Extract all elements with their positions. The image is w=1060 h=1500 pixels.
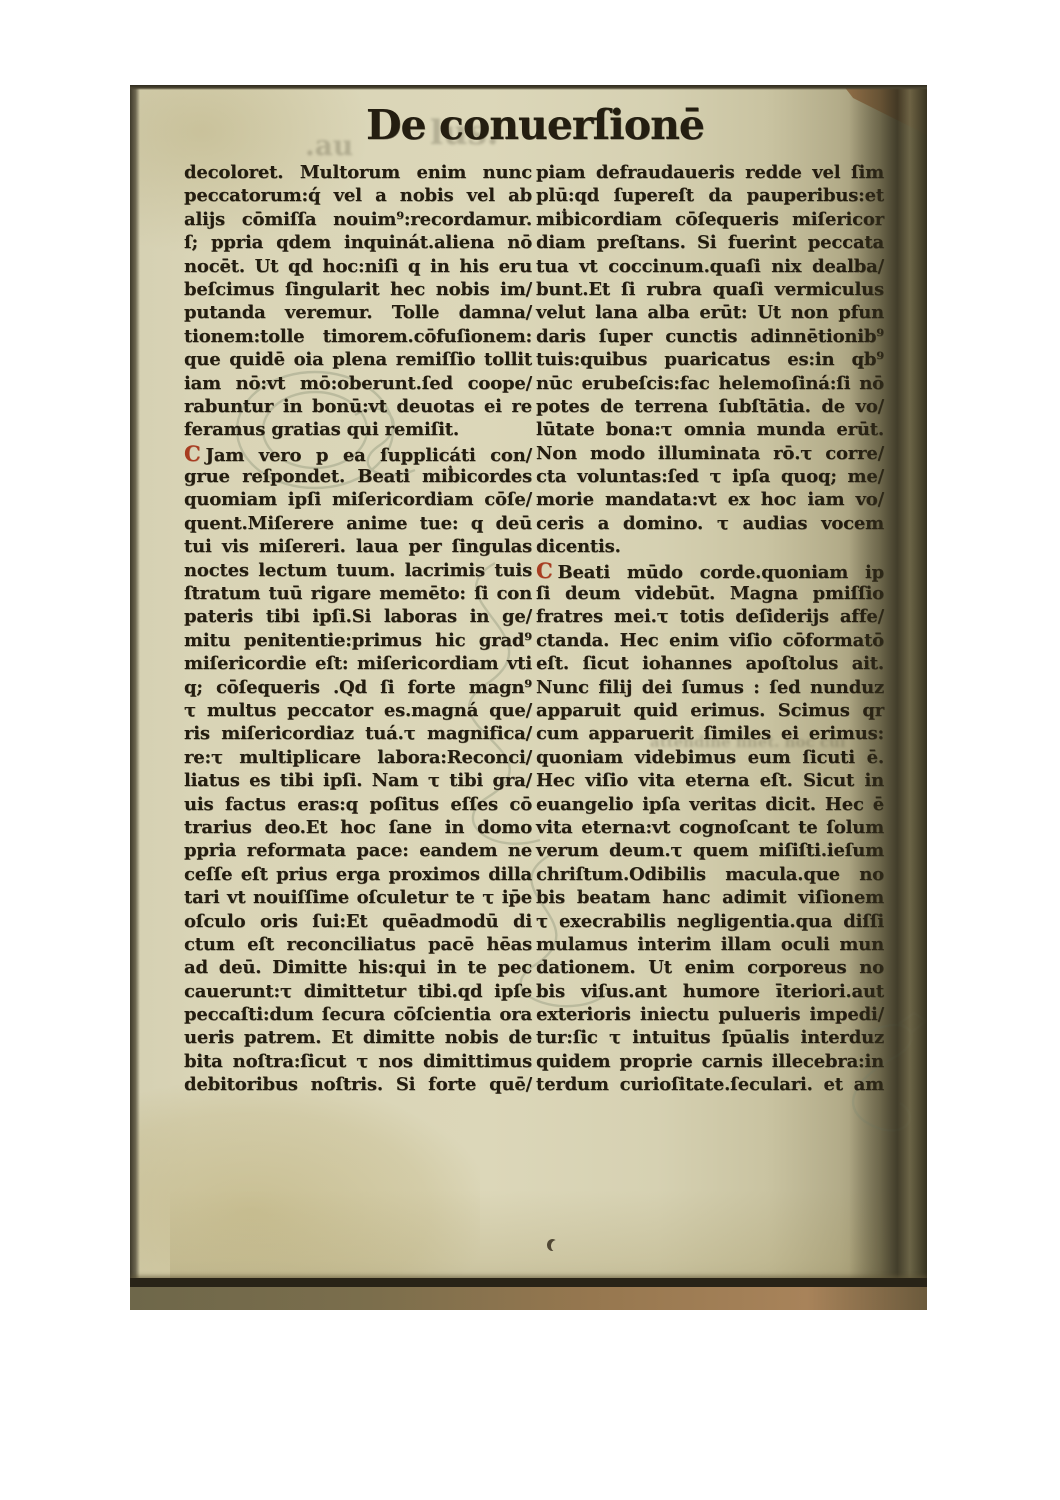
text-line: peccatorum:q́ vel a nobis vel ab (184, 184, 532, 207)
text-column-left: decoloret. Multorum enim nuncpeccatorum:… (184, 161, 532, 1097)
ink-spot (547, 1239, 558, 1251)
text-line: terdum curioſitate.ſeculari. et am (536, 1073, 884, 1096)
text-line: Nunc filij dei ſumus : ſed nunduz (536, 676, 884, 699)
text-line: nocēt. Ut qd hoc:niſi q in his eru (184, 255, 532, 278)
text-line: feramus gratias qui remiſit. (184, 418, 532, 441)
text-line: tua vt coccinum.quaſi nix dealba/ (536, 255, 884, 278)
text-line: tionem:tolle timorem.cōfuſionem: (184, 325, 532, 348)
text-line: ſtratum tuū rigare memēto: ſi con (184, 582, 532, 605)
text-line: apparuit quid erimus. Scimus qr (536, 699, 884, 722)
text-line: ceſſe eſt prius erga proximos dilla (184, 863, 532, 886)
paper-stain (130, 1085, 480, 1310)
text-line: CJam vero p ea ſupplicáti con/ (184, 442, 532, 465)
text-line: vita eterna:vt cognoſcant te ſolum (536, 816, 884, 839)
page-top-edge (130, 85, 927, 90)
text-line: bis viſus.ant humore īteriori.aut (536, 980, 884, 1003)
page-title: De conuerſionē (185, 101, 885, 149)
text-line: cum apparuerit ſimiles ei erimus: (536, 722, 884, 745)
text-line: debitoribus noſtris. Si forte quē/ (184, 1073, 532, 1096)
text-line: diam preſtans. Si fuerint peccata (536, 231, 884, 254)
text-line: nūc erubeſcis:fac helemoſiná:ſi nō (536, 372, 884, 395)
text-line: beſcimus ſingularit hec nobis im/ (184, 278, 532, 301)
text-line: miſericordie eſt: miſericordiam vti (184, 652, 532, 675)
text-line: τ execrabilis negligentia.qua diſſi (536, 910, 884, 933)
text-line: ſ; ppria qdem inquinát.aliena nō (184, 231, 532, 254)
text-line: putanda veremur. Tolle damna/ (184, 301, 532, 324)
text-line: verum deum.τ quem miſiſti.ieſum (536, 839, 884, 862)
text-line: peccaſti:dum ſecura cōſcientia ora (184, 1003, 532, 1026)
text-line: ctum eſt reconciliatus pacē hēas (184, 933, 532, 956)
scanned-document-page: lus..auattendine finet. hoc cui De conue… (0, 0, 1060, 1500)
text-line: iam nō:vt mō:oberunt.ſed coope/ (184, 372, 532, 395)
rubricated-pilcrow: C (184, 441, 201, 466)
text-line: uis factus eras:q poſitus eſſes cō (184, 793, 532, 816)
text-line: trarius deo.Et hoc ſane in domo (184, 816, 532, 839)
text-line: ueris patrem. Et dimitte nobis de (184, 1026, 532, 1049)
text-line: quidem proprie carnis illecebra:in (536, 1050, 884, 1073)
text-line: noctes lectum tuum. lacrimis tuis (184, 559, 532, 582)
text-line: cauerunt:τ dimittetur tibi.qd ipſe (184, 980, 532, 1003)
paper-stain (170, 1190, 890, 1290)
text-line: bis beatam hanc adimit viſionem (536, 886, 884, 909)
text-line: liatus es tibi ipſi. Nam τ tibi gra/ (184, 769, 532, 792)
text-line: rabuntur in bonū:vt deuotas ei re (184, 395, 532, 418)
book-page-photo: lus..auattendine finet. hoc cui De conue… (130, 85, 927, 1310)
text-line: dicentis. (536, 535, 884, 558)
text-line: grue reſpondet. Beati miḃicordes (184, 465, 532, 488)
text-line: ris miſericordiaz tuá.τ magnifica/ (184, 722, 532, 745)
text-column-right: piam defraudaueris redde vel ſimplū:qd ſ… (536, 161, 884, 1097)
text-line: ſi deum videbūt. Magna pmiſſio (536, 582, 884, 605)
text-line: daris ſuper cunctis adinnētionib⁹ (536, 325, 884, 348)
text-line: tuis:quibus puaricatus es:in qb⁹ (536, 348, 884, 371)
text-line: oſculo oris ſui:Et quēadmodū di (184, 910, 532, 933)
book-fore-edge (130, 1287, 927, 1310)
page-gutter-shadow (849, 85, 927, 1310)
text-line: chriſtum.Odibilis macula.que no (536, 863, 884, 886)
text-line: quomiam ipſi miſericordiam cōſe/ (184, 488, 532, 511)
text-line: Hec viſio vita eterna eſt. Sicut in (536, 769, 884, 792)
text-line: lūtate bona:τ omnia munda erūt. (536, 418, 884, 441)
page-bottom-edge (130, 1278, 927, 1287)
text-line: potes de terrena ſubſtātia. de vo/ (536, 395, 884, 418)
text-line: alijs cōmiſſa nouim⁹:recordamur. (184, 208, 532, 231)
text-line: quent.Miſerere anime tue: q deū (184, 512, 532, 535)
text-line: velut lana alba erūt: Ut non pfun (536, 301, 884, 324)
text-line: ctanda. Hec enim viſio cōformatō (536, 629, 884, 652)
text-line: q; cōſequeris .Qd ſi forte magn⁹ (184, 676, 532, 699)
text-line: mitu penitentie:primus hic grad⁹ (184, 629, 532, 652)
text-line: ppria reformata pace: eandem ne (184, 839, 532, 862)
text-line: Non modo illuminata rō.τ corre/ (536, 442, 884, 465)
page-left-edge (130, 85, 140, 1310)
text-line: miḃicordiam cōſequeris miſericor (536, 208, 884, 231)
text-line: que quidē oia plena remiſſio tollit (184, 348, 532, 371)
text-line: tur:ſic τ intuitus ſpūalis interduz (536, 1026, 884, 1049)
text-line: mulamus interim illam oculi mun (536, 933, 884, 956)
text-line: tui vis miſereri. laua per ſingulas (184, 535, 532, 558)
text-line: τ multus peccator es.magná que/ (184, 699, 532, 722)
text-line: CBeati mūdo corde.quoniam ip (536, 559, 884, 582)
text-line: exterioris iniectu pulueris impedi/ (536, 1003, 884, 1026)
text-line: ceris a domino. τ audias vocem (536, 512, 884, 535)
rubricated-pilcrow: C (536, 558, 553, 583)
text-line: re:τ multiplicare labora:Reconci/ (184, 746, 532, 769)
text-line: fratres mei.τ totis deſiderijs affe/ (536, 605, 884, 628)
text-line: morie mandata:vt ex hoc iam vo/ (536, 488, 884, 511)
text-line: bita noſtra:ſicut τ nos dimittimus (184, 1050, 532, 1073)
text-line: bunt.Et ſi rubra quaſi vermiculus (536, 278, 884, 301)
text-line: piam defraudaueris redde vel ſim (536, 161, 884, 184)
text-line: quoniam videbimus eum ſicuti ē. (536, 746, 884, 769)
text-line: eſt. ſicut iohannes apoſtolus ait. (536, 652, 884, 675)
text-line: tari vt nouiſſime oſculetur te τ ip̄e (184, 886, 532, 909)
text-line: cta voluntas:ſed τ ipſa quoq; me/ (536, 465, 884, 488)
text-line: pateris tibi ipſi.Si laboras in ge/ (184, 605, 532, 628)
text-line: decoloret. Multorum enim nunc (184, 161, 532, 184)
text-line: dationem. Ut enim corporeus no (536, 956, 884, 979)
text-line: ad deū. Dimitte his:qui in te pec (184, 956, 532, 979)
text-line: euangelio ipſa veritas dicit. Hec ē (536, 793, 884, 816)
text-line: plū:qd ſupereſt da pauperibus:et (536, 184, 884, 207)
